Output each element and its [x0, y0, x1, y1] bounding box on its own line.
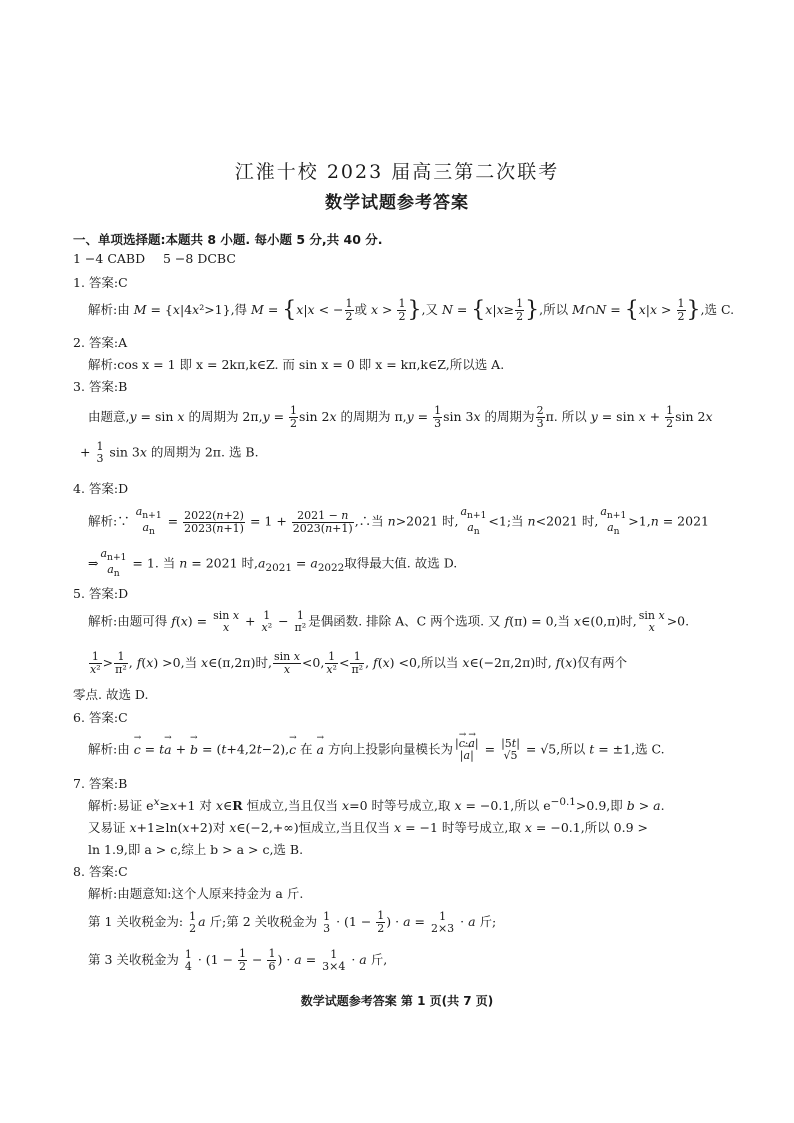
q8-analysis-line1: 解析:由题意知:这个人原来持金为 a 斤.	[88, 884, 303, 902]
document-subtitle: 数学试题参考答案	[0, 188, 794, 213]
q7-analysis-line3: ln 1.9,即 a > c,综上 b > a > c,选 B.	[88, 840, 303, 858]
answer-key-1-4: 1 −4 CABD	[73, 251, 145, 266]
q1-analysis: 解析:由 M = {x|4x²>1},得 M = {x|x < −12或 x >…	[88, 298, 734, 323]
q5-analysis-line3: 零点. 故选 D.	[73, 685, 148, 703]
q8-answer: 8. 答案:C	[73, 862, 128, 880]
q3-analysis-line2: + 13 sin 3x 的周期为 2π. 选 B.	[80, 441, 259, 465]
q4-analysis-line2: ⇒an+1an = 1. 当 n = 2021 时,a2021 = a2022取…	[88, 548, 457, 580]
q4-answer: 4. 答案:D	[73, 479, 128, 497]
q3-answer: 3. 答案:B	[73, 377, 127, 395]
page-footer: 数学试题参考答案 第 1 页(共 7 页)	[0, 992, 794, 1009]
q1-answer: 1. 答案:C	[73, 273, 128, 291]
q2-analysis: 解析:cos x = 1 即 x = 2kπ,k∈Z. 而 sin x = 0 …	[88, 355, 504, 373]
section-heading: 一、单项选择题:本题共 8 小题. 每小题 5 分,共 40 分.	[73, 230, 383, 248]
document-title: 江淮十校 2023 届高三第二次联考	[0, 157, 794, 184]
q5-analysis-line2: 1x²>1π², f(x) >0,当 x∈(π,2π)时,sin xx<0,1x…	[88, 651, 627, 676]
q7-analysis-line1: 解析:易证 ex≥x+1 对 x∈R 恒成立,当且仅当 x=0 时等号成立,取 …	[88, 796, 665, 814]
q8-analysis-line3: 第 3 关收税金为 14 · (1 − 12 − 16) · a = 13×4 …	[88, 948, 387, 973]
q8-analysis-line2: 第 1 关收税金为: 12a 斤;第 2 关收税金为 13 · (1 − 12)…	[88, 910, 496, 935]
q3-analysis-line1: 由题意,y = sin x 的周期为 2π,y = 12sin 2x 的周期为 …	[88, 405, 713, 430]
q5-analysis-line1: 解析:由题可得 f(x) = sin xx + 1x² − 1π²是偶函数. 排…	[88, 610, 689, 634]
q6-answer: 6. 答案:C	[73, 708, 128, 726]
q5-answer: 5. 答案:D	[73, 584, 128, 602]
q2-answer: 2. 答案:A	[73, 333, 127, 351]
q7-answer: 7. 答案:B	[73, 774, 127, 792]
answer-key-5-8: 5 −8 DCBC	[163, 251, 236, 266]
q4-analysis-line1: 解析:∵ an+1an = 2022(n+2)2023(n+1) = 1 + 2…	[88, 506, 709, 538]
q7-analysis-line2: 又易证 x+1≥ln(x+2)对 x∈(−2,+∞)恒成立,当且仅当 x = −…	[88, 818, 648, 836]
q6-analysis: 解析:由 c = ta + b = (t+4,2t−2),c 在 a 方向上投影…	[88, 738, 665, 762]
q1-analysis-prefix: 解析:由	[88, 302, 130, 317]
